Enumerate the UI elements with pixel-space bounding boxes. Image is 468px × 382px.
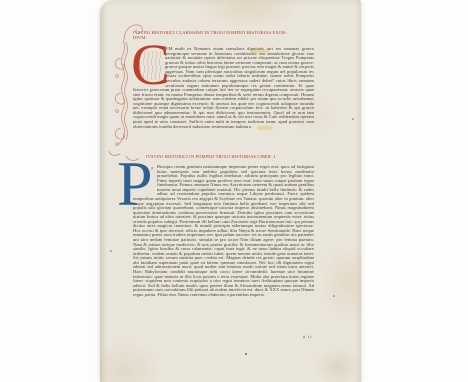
paragraph-exordium: C VM multi ex Romanis etiam consularis d… xyxy=(133,47,314,129)
liber-text: Rincipio rerum gentium nationumque imper… xyxy=(133,164,314,297)
rubric-heading-liber: IVSTINI HISTORICI IN POMPEII TROGI HISTO… xyxy=(146,154,276,159)
drop-cap-p: P xyxy=(133,165,157,193)
initial-p-glyph: P xyxy=(117,152,153,216)
yellow-smudge xyxy=(257,126,273,130)
ink-spot xyxy=(245,353,247,355)
drop-cap-c: C xyxy=(133,47,165,84)
signature-mark: a ii xyxy=(303,334,313,339)
incunable-leaf: IVSTINI HISTORICI CLARISSIMI IN TROGI PO… xyxy=(100,0,361,382)
yellow-smudge xyxy=(250,49,269,53)
initial-c-glyph: C xyxy=(131,36,170,94)
foxing-speck xyxy=(110,250,112,252)
photo-backdrop: IVSTINI HISTORICI CLARISSIMI IN TROGI PO… xyxy=(0,0,468,382)
paragraph-liber: P p Rincipio rerum gentium nationumque i… xyxy=(133,165,314,297)
foxing-speck xyxy=(333,295,335,297)
foxing-speck xyxy=(352,118,354,120)
